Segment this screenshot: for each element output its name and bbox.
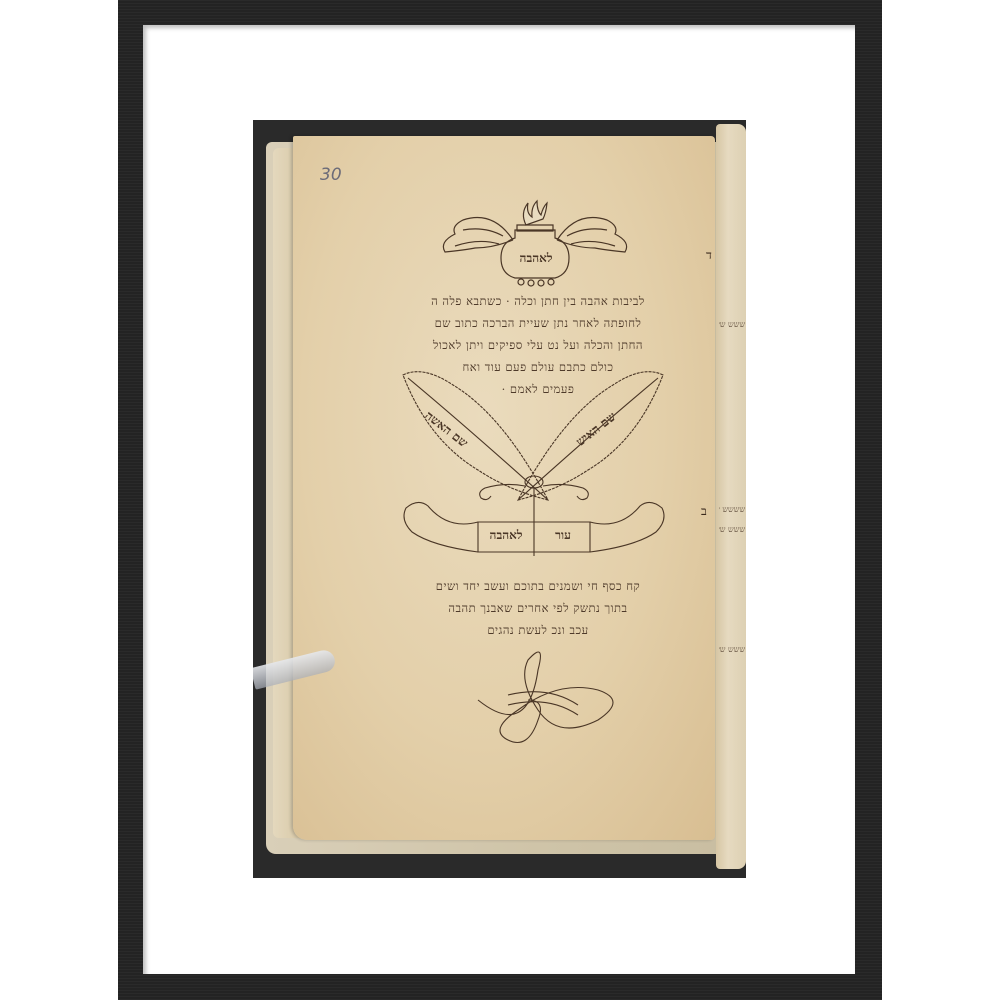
- emblem-label: לאהבה: [511, 251, 561, 266]
- text-line: קח כסף חי ושמנים בתוכם ועשב יחד ושים: [393, 575, 683, 597]
- text-line: החתן והכלה ועל נט עלי ספיקים ויתן לאכול: [393, 334, 683, 356]
- banner-right-text: עור: [538, 528, 588, 543]
- paragraph-2: קח כסף חי ושמנים בתוכם ועשב יחד ושים בתו…: [393, 575, 683, 641]
- paragraph-1: לביבות אהבה בין חתן וכלה · כשתבא פלה ה ל…: [393, 290, 683, 400]
- text-line: עכב ונכ לעשת נהגים: [393, 619, 683, 641]
- winged-vase-icon: [443, 201, 626, 286]
- text-line: לביבות אהבה בין חתן וכלה · כשתבא פלה ה: [393, 290, 683, 312]
- banner-left-text: לאהבה: [481, 528, 531, 543]
- manuscript-photo: ששש שששש שששש שש ששש ששש ששש שש 30 ד ב: [253, 120, 746, 878]
- text-line: כולם כתבם עולם פעם עוד ואח: [393, 356, 683, 378]
- text-line: פעמים לאמם ·: [393, 378, 683, 400]
- illustrations: [253, 120, 746, 878]
- text-line: בתוך נתשק לפי אחרים שאבנך תהבה: [393, 597, 683, 619]
- text-line: לחופתה לאחר נתן שעיית הברכה כתוב שם: [393, 312, 683, 334]
